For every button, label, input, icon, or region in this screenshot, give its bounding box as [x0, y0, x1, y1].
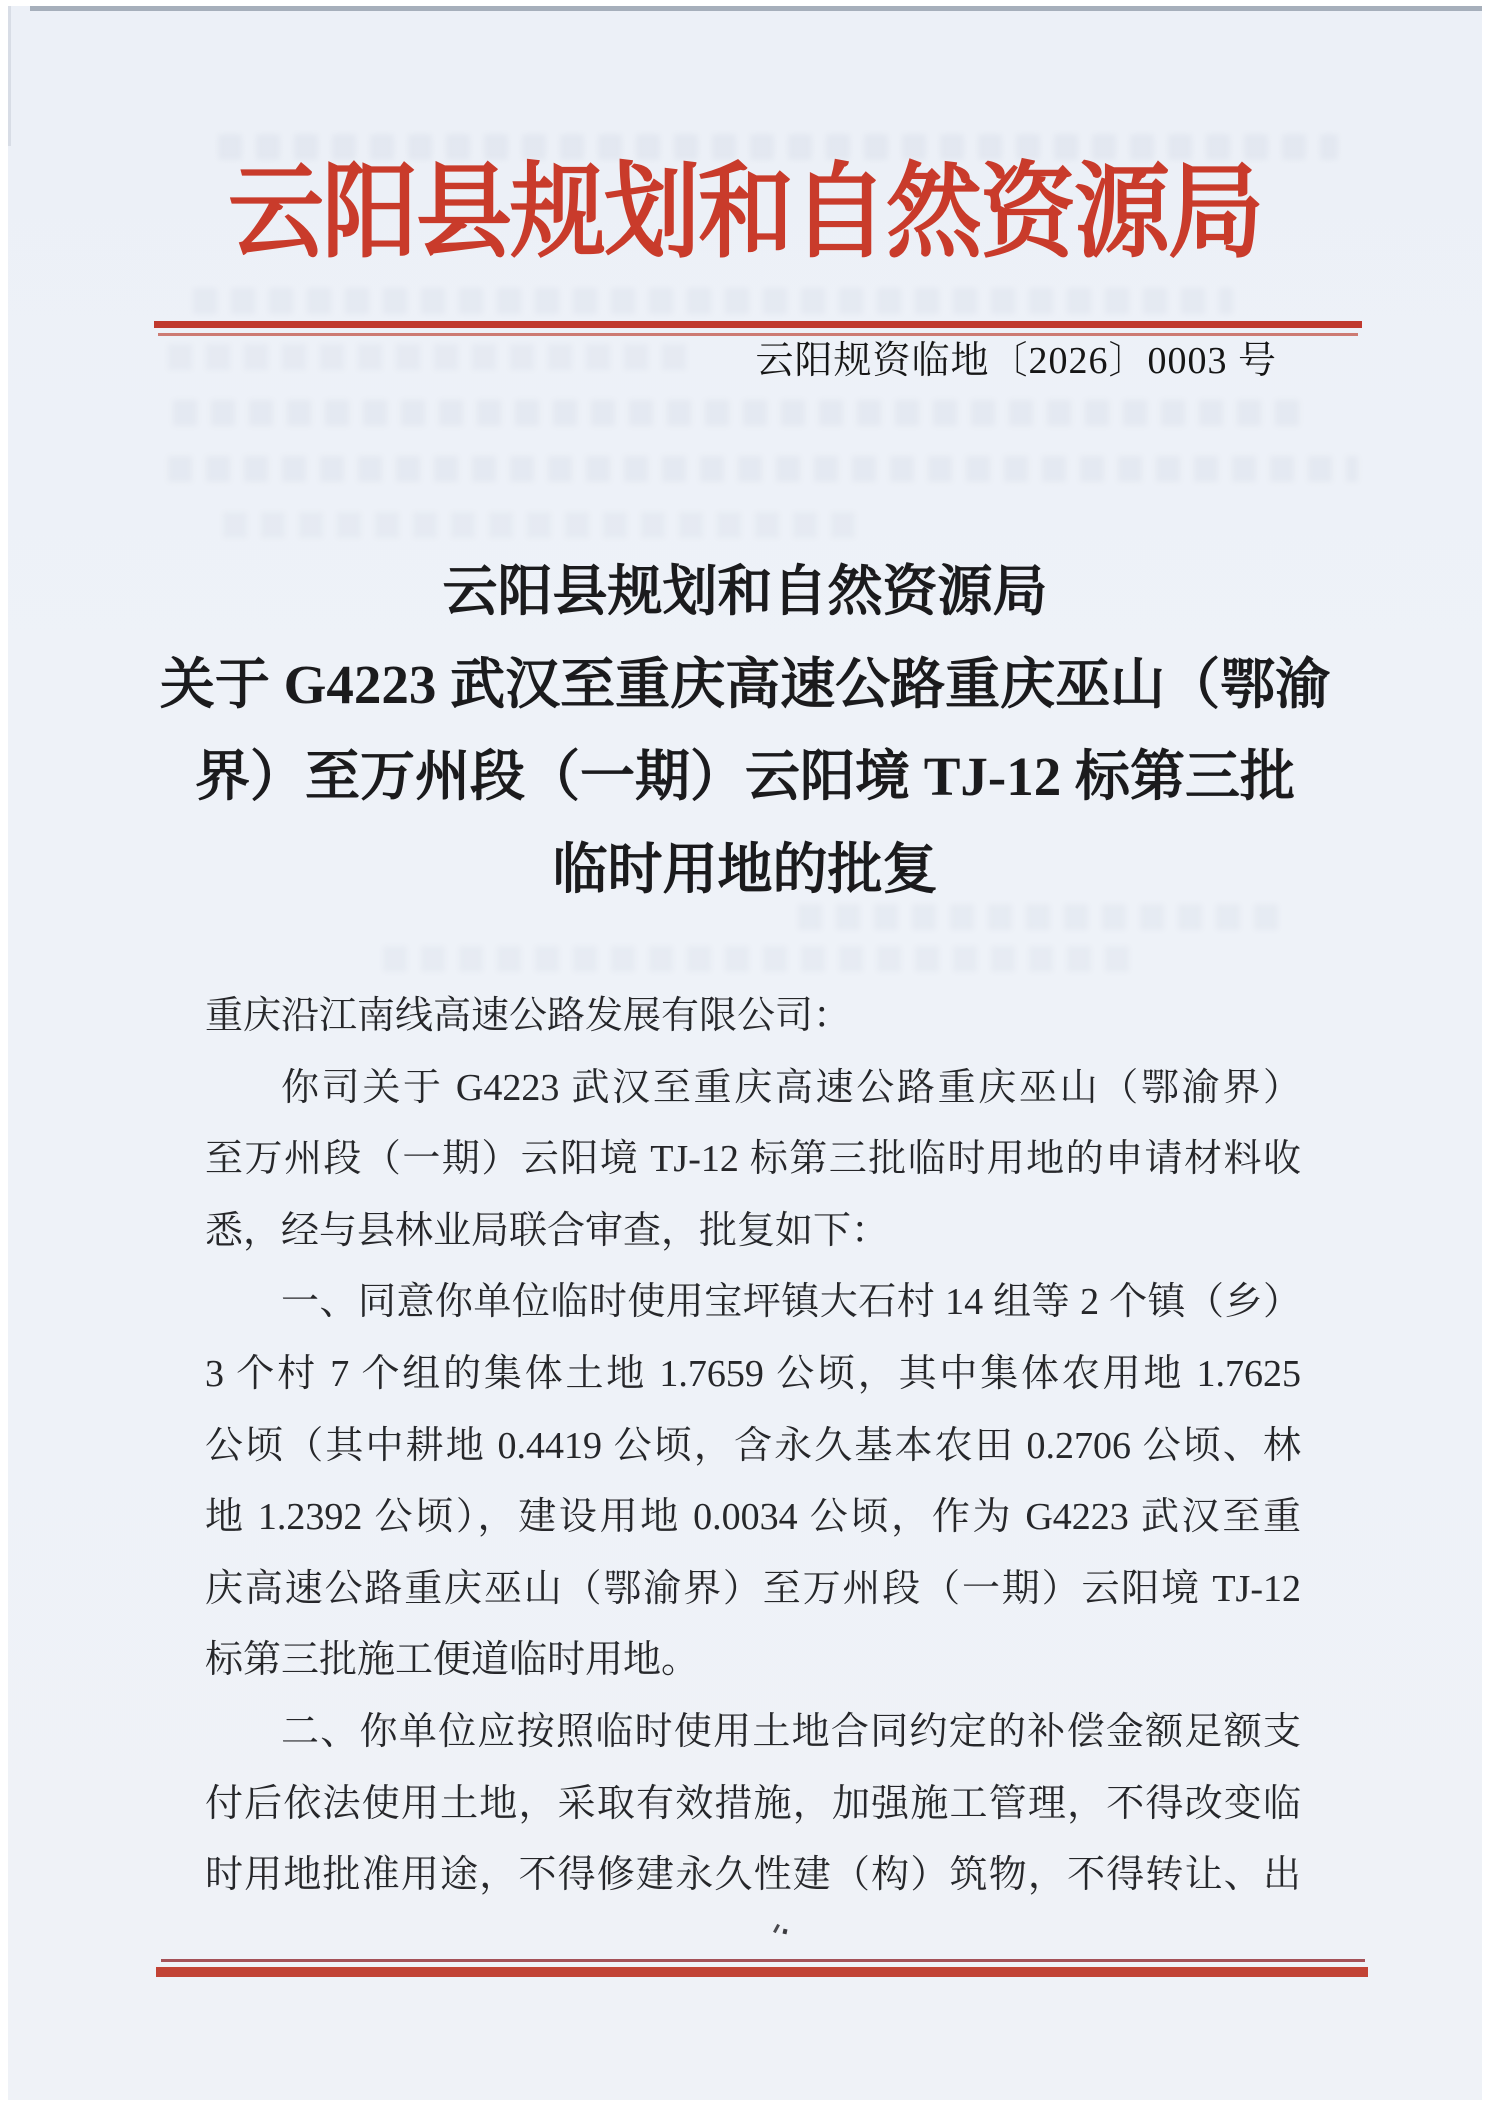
scanned-document: 云阳县规划和自然资源局 云阳规资临地〔2026〕0003 号 云阳县规划和自然资… — [0, 0, 1487, 2104]
bleed-through-artifact — [168, 344, 688, 370]
body-line: 二、你单位应按照临时使用土地合同约定的补偿金额足额支 — [205, 1697, 1301, 1769]
document-title: 云阳县规划和自然资源局 关于 G4223 武汉至重庆高速公路重庆巫山（鄂渝 界）… — [8, 546, 1482, 916]
body-line: 一、同意你单位临时使用宝坪镇大石村 14 组等 2 个镇（乡） — [205, 1267, 1301, 1339]
document-title-line: 界）至万州段（一期）云阳境 TJ-12 标第三批 — [8, 731, 1482, 824]
body-line: 付后依法使用土地，采取有效措施，加强施工管理，不得改变临 — [205, 1769, 1301, 1841]
bleed-through-artifact — [173, 400, 1303, 426]
bleed-through-artifact — [383, 946, 1143, 972]
document-title-line: 关于 G4223 武汉至重庆高速公路重庆巫山（鄂渝 — [8, 639, 1482, 732]
document-number: 云阳规资临地〔2026〕0003 号 — [755, 338, 1277, 384]
body-line: 至万州段（一期）云阳境 TJ-12 标第三批临时用地的申请材料收 — [205, 1124, 1301, 1196]
letterhead-divider-thick — [154, 321, 1362, 328]
body-line: 标第三批施工便道临时用地。 — [205, 1625, 1301, 1697]
body-line: 地 1.2392 公顷），建设用地 0.0034 公顷，作为 G4223 武汉至… — [205, 1482, 1301, 1554]
document-title-line: 云阳县规划和自然资源局 — [8, 546, 1482, 639]
agency-letterhead: 云阳县规划和自然资源局 — [8, 132, 1482, 294]
scan-edge — [8, 6, 11, 146]
paper-background: 云阳县规划和自然资源局 云阳规资临地〔2026〕0003 号 云阳县规划和自然资… — [8, 6, 1482, 2100]
bleed-through-artifact — [223, 512, 863, 538]
document-title-line: 临时用地的批复 — [8, 824, 1482, 917]
body-line: 时用地批准用途，不得修建永久性建（构）筑物，不得转让、出 — [205, 1840, 1301, 1912]
letterhead-divider-thin — [158, 333, 1358, 336]
body-line: 悉，经与县林业局联合审查，批复如下： — [205, 1196, 1301, 1268]
bleed-through-artifact — [168, 456, 1358, 482]
footer-divider-thick — [156, 1967, 1368, 1977]
body-line: 公顷（其中耕地 0.4419 公顷，含永久基本农田 0.2706 公顷、林 — [205, 1411, 1301, 1483]
footer-divider-thin — [161, 1959, 1365, 1962]
salutation-line: 重庆沿江南线高速公路发展有限公司： — [205, 981, 1301, 1053]
body-line: 你司关于 G4223 武汉至重庆高速公路重庆巫山（鄂渝界） — [205, 1053, 1301, 1125]
body-line: 3 个村 7 个组的集体土地 1.7659 公顷，其中集体农用地 1.7625 — [205, 1339, 1301, 1411]
body-line: 庆高速公路重庆巫山（鄂渝界）至万州段（一期）云阳境 TJ-12 — [205, 1554, 1301, 1626]
ink-speck-artifact — [774, 1922, 788, 1938]
scan-edge — [30, 6, 1482, 11]
document-body: 重庆沿江南线高速公路发展有限公司： 你司关于 G4223 武汉至重庆高速公路重庆… — [205, 981, 1301, 1912]
